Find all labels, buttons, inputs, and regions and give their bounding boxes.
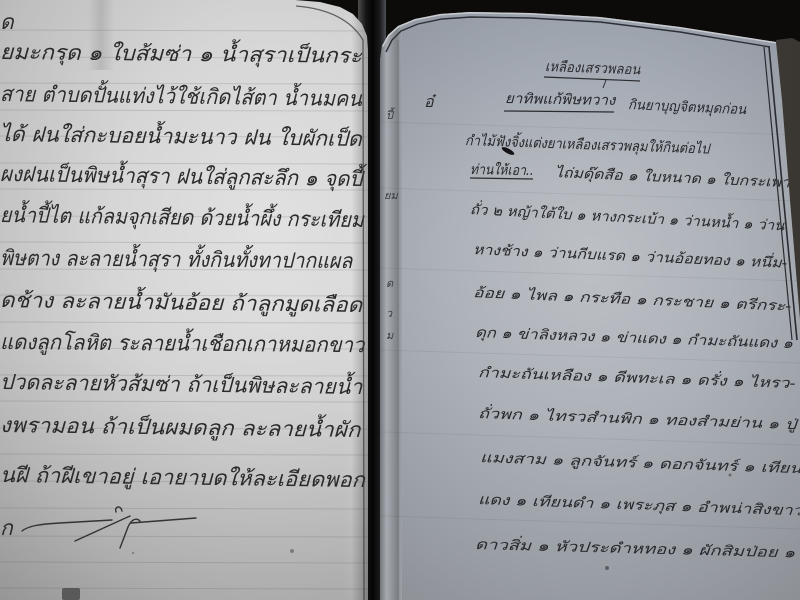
handwritten-line: หางช้าง ๑ ว่านกีบแรด ๑ ว่านอ้อยทอง ๑ หนึ… xyxy=(473,243,788,271)
intro-label: ท่านให้เอา.. xyxy=(470,163,534,178)
handwritten-line: ผงฝนเป็นพิษน้ำสุรา ฝนใส่ลูกสะลึก ๑ จุดปี… xyxy=(0,164,363,190)
page-title: เหลืองเสรวพลอน xyxy=(545,60,641,77)
handwritten-line: ไถ่มดุ๊ดสือ ๑ ใบหนาด ๑ ใบกระเพา xyxy=(555,166,790,190)
signature-prefix: ก xyxy=(0,518,13,539)
handwritten-line: ถั่วพก ๑ ไทรวสำนพิก ๑ ทองสำมย่าน ๑ ปู่ xyxy=(478,407,797,432)
handwritten-line: ได้ ฝนใส่กะบอยน้ำมะนาว ฝน ใบผักเป็ด xyxy=(0,124,362,150)
right-page-top-rule xyxy=(386,17,770,52)
recipe-heading: ยาทิพแก้พิษทวาง xyxy=(505,92,616,108)
handwritten-line: กำไม้ฟังจิ้งแต่งยาเหลืองเสรวพลุมให้กินต่… xyxy=(465,134,710,157)
right-page-fold xyxy=(380,0,402,600)
right-page-top-rim xyxy=(382,12,776,46)
gutter-mark: ยม xyxy=(384,190,398,201)
gutter-mark: ปี้ xyxy=(386,110,393,121)
heading-underline xyxy=(504,111,614,112)
ink-blot xyxy=(62,588,80,600)
handwritten-line: ถั่ว ๒ หญ้าใต้ใบ ๑ หางกระเบ้า ๑ ว่านหน้ำ… xyxy=(470,203,785,233)
margin-mark: อ๋ xyxy=(424,94,434,110)
handwritten-line: ยมะกรุด ๑ ใบส้มซ่า ๑ น้ำสุราเป็นกระ xyxy=(0,42,362,67)
handwritten-line: แมงสาม ๑ ลูกจันทร์ ๑ ดอกจันทร์ ๑ เทียน xyxy=(480,451,800,476)
handwritten-line: แดง ๑ เทียนดำ ๑ เพระภุส ๑ อำพน่าสิงขาว xyxy=(478,493,800,518)
handwritten-line: งพรามอน ถ้าเป็นผมดลูก ละลายน้ำผัก xyxy=(0,415,360,441)
recipe-heading-note: กินยาบุญจิตหมุดก่อน xyxy=(628,98,747,117)
handwritten-line: ดุก ๑ ข่าลิงหลวง ๑ ข่าแดง ๑ กำมะถันแดง ๑ xyxy=(475,326,793,351)
handwritten-line: นฝี ถ้าฝีเขาอยู่ เอายาบดให้ละเอียดพอก xyxy=(0,465,365,491)
handwritten-fragment: ด xyxy=(0,12,14,33)
handwritten-line: ยน้ำปี้ไต แก้ลมจุกเสียด ด้วยน้ำผึ้ง กระเ… xyxy=(0,205,364,231)
gutter-mark: ว xyxy=(386,308,392,319)
gutter-mark: ม xyxy=(386,330,393,341)
handwritten-line: สาย ตำบดปั้นแท่งไว้ใช้เกิดไส้ตา น้ำนมคน xyxy=(0,84,362,110)
handwritten-line: ดช้าง ละลายน้ำมันอ้อย ถ้าลูกมูดเลือด xyxy=(0,290,362,316)
handwritten-line: พิษตาง ละลายน้ำสุรา ทั้งกินทั้งทาปากแผล xyxy=(0,248,352,272)
handwritten-line: อ้อย ๑ ไพล ๑ กระทือ ๑ กระชาย ๑ ตรีกระ- xyxy=(473,286,792,314)
handwritten-line: ปวดละลายหัวส้มซ่า ถ้าเป็นพิษละลายน้ำ xyxy=(0,372,362,398)
handwritten-line: ดาวสิ่ม ๑ หัวประดำหทอง ๑ ผักสิมป่อย ๑ xyxy=(475,538,795,560)
handwritten-line: แดงลูกโลหิต ระลายน้ำเชือกเกาหมอกขาว xyxy=(0,332,364,356)
handwritten-line: กำมะถันเหลือง ๑ ดีพทะเล ๑ ดรั่ง ๑ ไหรว- xyxy=(478,366,796,391)
gutter-mark: ด xyxy=(386,278,393,289)
